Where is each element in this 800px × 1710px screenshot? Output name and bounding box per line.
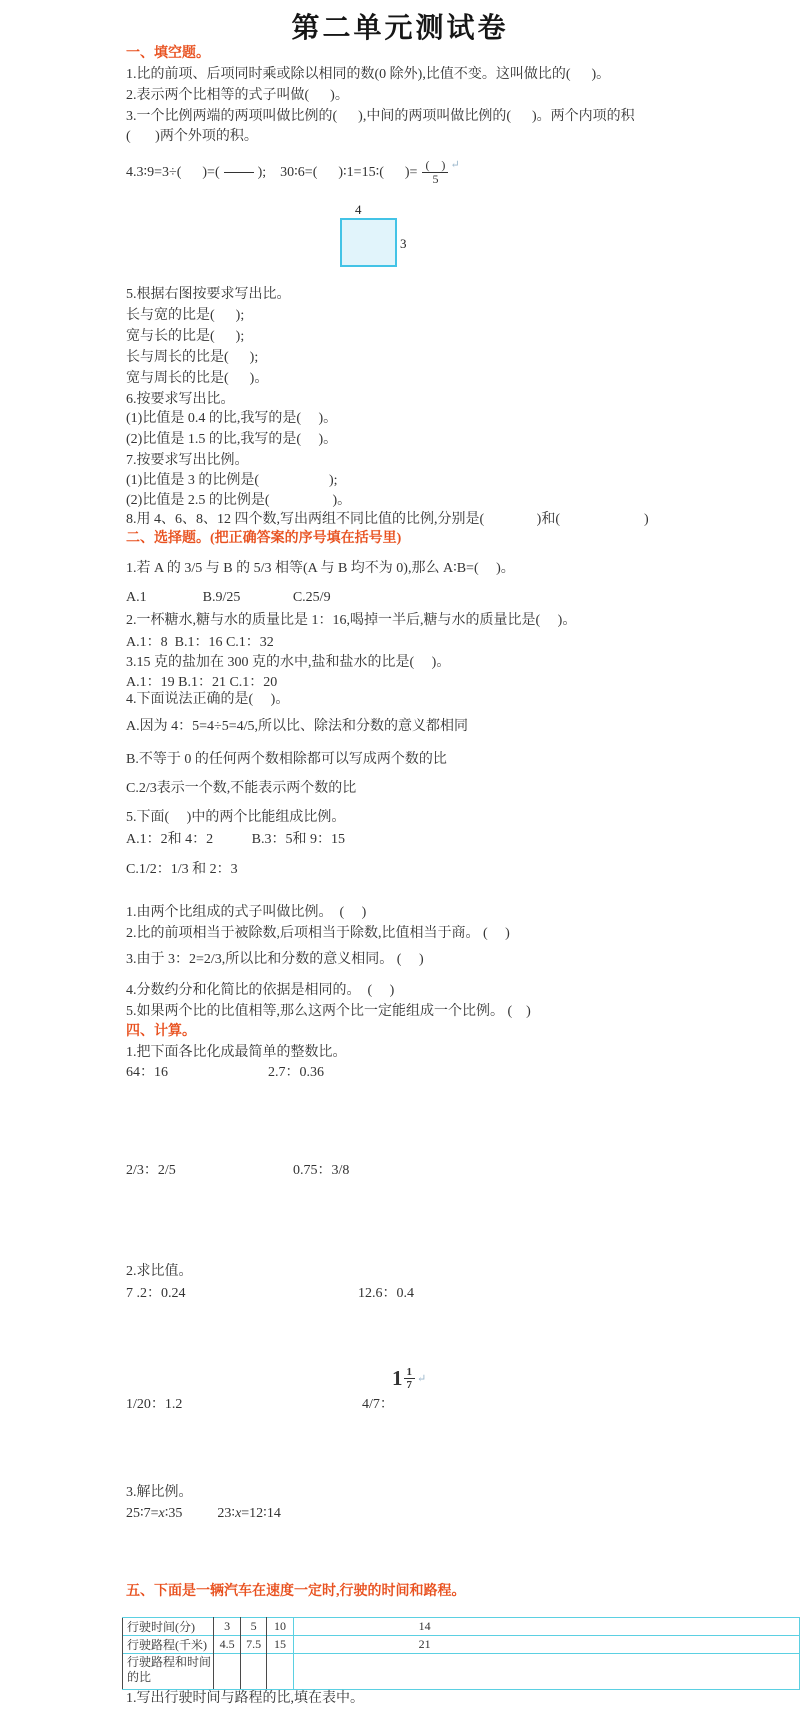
table-cell-label: 行驶时间(分) — [123, 1618, 214, 1636]
fraction-denominator: 5 — [432, 173, 438, 186]
s1-q6b: (2)比值是 1.5 的比,我写的是( )。 — [126, 431, 337, 448]
s1-q7b: (2)比值是 2.5 的比例是( )。 — [126, 492, 351, 509]
doc-title: 第二单元测试卷 — [0, 6, 800, 46]
table-cell: 3 — [214, 1618, 240, 1636]
table-cell: 14 — [293, 1618, 799, 1636]
fraction-blank-line — [224, 172, 254, 173]
mixed-fraction-denominator: 7 — [407, 1379, 413, 1391]
s1-q5d: 宽与周长的比是( )。 — [126, 370, 268, 387]
table-row: 行驶路程和时间的比 — [123, 1654, 800, 1690]
s4-q1-item1: 64：16 — [126, 1064, 168, 1081]
s4-q1-item2: 2.7：0.36 — [268, 1064, 324, 1081]
solve-eq-text: 25∶7= — [126, 1506, 159, 1521]
s4-q1-item3: 2/3：2/5 — [126, 1162, 176, 1179]
s3-q3: 3.由于 3：2=2/3,所以比和分数的意义相同。 ( ) — [126, 951, 424, 968]
table-cell: 15 — [267, 1636, 293, 1654]
solve-eq-text: ∶35 23∶ — [165, 1506, 235, 1521]
table-cell-label: 行驶路程(千米) — [123, 1636, 214, 1654]
section4-heading: 四、计算。 — [126, 1023, 196, 1040]
s3-q5: 5.如果两个比的比值相等,那么这两个比一定能组成一个比例。 ( ) — [126, 1003, 531, 1020]
s2-q5-options-ab: A.1：2和 4：2 B.3：5和 9：15 — [126, 831, 345, 848]
s2-q1-options: A.1 B.9/25 C.25/9 — [126, 589, 331, 606]
s4-q1: 1.把下面各比化成最简单的整数比。 — [126, 1044, 347, 1061]
table-cell-label: 行驶路程和时间的比 — [123, 1654, 214, 1690]
s1-q5: 5.根据右图按要求写出比。 — [126, 286, 291, 303]
s4-q3: 3.解比例。 — [126, 1484, 193, 1501]
s1-q5b: 宽与长的比是( ); — [126, 328, 244, 345]
s1-q4-mid: ); 30∶6=( )∶1=15∶( )= — [258, 164, 418, 181]
table-cell — [240, 1654, 266, 1690]
speed-table: 行驶时间(分) 3 5 10 14 行驶路程(千米) 4.5 7.5 15 21… — [122, 1617, 800, 1690]
table-row: 行驶路程(千米) 4.5 7.5 15 21 — [123, 1636, 800, 1654]
paragraph-mark-icon: ↵ — [417, 1372, 426, 1385]
s1-q3-line2: ( )两个外项的积。 — [126, 128, 258, 145]
rect-height-label: 3 — [400, 236, 407, 252]
s3-q4: 4.分数约分和化简比的依据是相同的。 ( ) — [126, 982, 394, 999]
s1-q1: 1.比的前项、后项同时乘或除以相同的数(0 除外),比值不变。这叫做比的( )。 — [126, 66, 610, 83]
s4-q2-item1: 7 .2：0.24 — [126, 1285, 186, 1302]
s2-q4-option-b: B.不等于 0 的任何两个数相除都可以写成两个数的比 — [126, 751, 447, 768]
s2-q5-option-c: C.1/2：1/3 和 2：3 — [126, 861, 238, 878]
s1-q4-pre: 4.3∶9=3÷( )=( — [126, 164, 220, 181]
s1-q5c: 长与周长的比是( ); — [126, 349, 258, 366]
s1-q8: 8.用 4、6、8、12 四个数,写出两组不同比值的比例,分别是( )和( ) — [126, 511, 649, 528]
table-cell — [293, 1654, 799, 1690]
s1-q3-line1: 3.一个比例两端的两项叫做比例的( ),中间的两项叫做比例的( )。两个内项的积 — [126, 108, 635, 125]
s1-q6a: (1)比值是 0.4 的比,我写的是( )。 — [126, 410, 337, 427]
table-cell: 10 — [267, 1618, 293, 1636]
table-cell: 21 — [293, 1636, 799, 1654]
fraction-numerator: ( ) — [422, 159, 448, 173]
s1-q4: 4.3∶9=3÷( )=( ); 30∶6=( )∶1=15∶( )= ( ) … — [126, 157, 460, 187]
fraction-blank-over-5: ( ) 5 — [422, 159, 448, 186]
s2-q3-options: A.1：19 B.1：21 C.1：20 — [126, 674, 277, 691]
s1-q7: 7.按要求写出比例。 — [126, 452, 249, 469]
mixed-fraction-numerator: 1 — [404, 1366, 416, 1379]
s3-q2: 2.比的前项相当于被除数,后项相当于除数,比值相当于商。 ( ) — [126, 925, 510, 942]
s3-q1: 1.由两个比组成的式子叫做比例。 ( ) — [126, 904, 366, 921]
rectangle-diagram — [340, 218, 397, 267]
mixed-number-one-and-one-seventh: 1 1 7 ↵ — [392, 1366, 426, 1391]
s4-q2-item4-prefix: 4/7： — [362, 1396, 394, 1413]
s2-q2-options: A.1：8 B.1：16 C.1：32 — [126, 634, 274, 651]
mixed-fraction: 1 7 — [404, 1366, 416, 1391]
s1-q6: 6.按要求写出比。 — [126, 391, 235, 408]
paragraph-mark-icon: ↵ — [450, 157, 459, 174]
table-cell: 4.5 — [214, 1636, 240, 1654]
table-cell: 7.5 — [240, 1636, 266, 1654]
s2-q4-option-c: C.2/3表示一个数,不能表示两个数的比 — [126, 780, 356, 797]
s2-q4-option-a: A.因为 4：5=4÷5=4/5,所以比、除法和分数的意义都相同 — [126, 718, 468, 735]
mixed-whole: 1 — [392, 1368, 403, 1389]
s1-q7a: (1)比值是 3 的比例是( ); — [126, 472, 338, 489]
section2-heading: 二、选择题。(把正确答案的序号填在括号里) — [126, 530, 401, 547]
s1-q2: 2.表示两个比相等的式子叫做( )。 — [126, 87, 349, 104]
s4-q2: 2.求比值。 — [126, 1263, 193, 1280]
section1-heading: 一、填空题。 — [126, 45, 210, 62]
table-row: 行驶时间(分) 3 5 10 14 — [123, 1618, 800, 1636]
s2-q2: 2.一杯糖水,糖与水的质量比是 1：16,喝掉一半后,糖与水的质量比是( )。 — [126, 612, 576, 629]
s2-q4: 4.下面说法正确的是( )。 — [126, 691, 289, 708]
rect-width-label: 4 — [355, 202, 362, 218]
s4-q2-item3: 1/20：1.2 — [126, 1396, 182, 1413]
s4-q1-item4: 0.75：3/8 — [293, 1162, 349, 1179]
s2-q1: 1.若 A 的 3/5 与 B 的 5/3 相等(A 与 B 均不为 0),那么… — [126, 560, 515, 577]
solve-eq-text: =12∶14 — [241, 1506, 281, 1521]
s2-q5: 5.下面( )中的两个比能组成比例。 — [126, 809, 345, 826]
table-cell — [267, 1654, 293, 1690]
s4-q2-item2: 12.6：0.4 — [358, 1285, 414, 1302]
s5-note: 1.写出行驶时间与路程的比,填在表中。 — [126, 1690, 364, 1707]
section5-heading: 五、下面是一辆汽车在速度一定时,行驶的时间和路程。 — [126, 1583, 466, 1600]
s1-q5a: 长与宽的比是( ); — [126, 307, 244, 324]
table-cell: 5 — [240, 1618, 266, 1636]
s4-q3-equations: 25∶7=x∶35 23∶x=12∶14 — [126, 1505, 281, 1522]
test-paper-page: 第二单元测试卷 一、填空题。 1.比的前项、后项同时乘或除以相同的数(0 除外)… — [0, 0, 800, 1710]
table-cell — [214, 1654, 240, 1690]
s2-q3: 3.15 克的盐加在 300 克的水中,盐和盐水的比是( )。 — [126, 654, 450, 671]
